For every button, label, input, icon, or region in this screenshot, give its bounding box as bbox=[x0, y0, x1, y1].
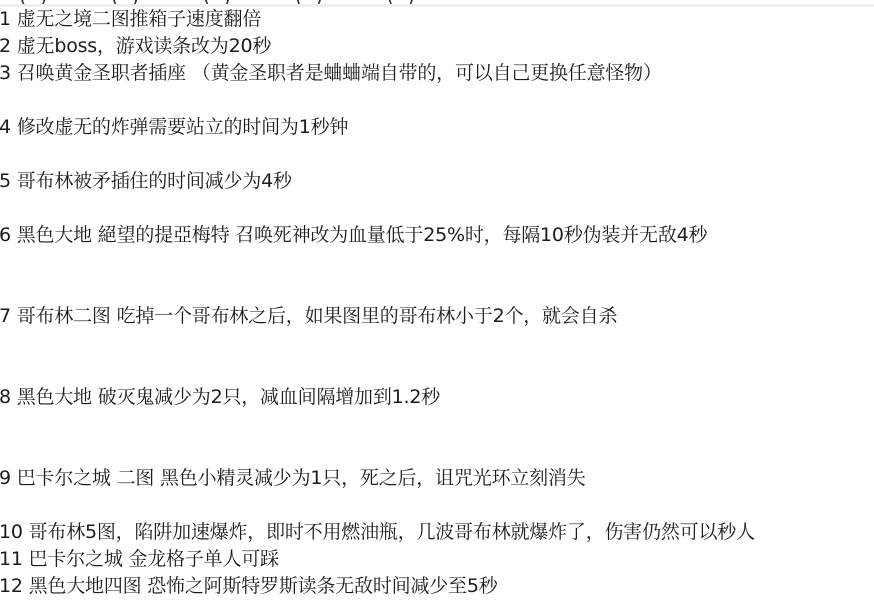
list-item-4: 4 修改虚无的炸弹需要站立的时间为1秒钟 bbox=[0, 115, 348, 139]
list-item-10: 10 哥布林5图，陷阱加速爆炸，即时不用燃油瓶，几波哥布林就爆炸了，伤害仍然可以… bbox=[0, 520, 755, 544]
list-item-1: 1 虚无之境二图推箱子速度翻倍 bbox=[0, 7, 261, 31]
list-item-2: 2 虚无boss，游戏读条改为20秒 bbox=[0, 34, 271, 58]
list-item-8: 8 黑色大地 破灭鬼减少为2只，减血间隔增加到1.2秒 bbox=[0, 385, 440, 409]
list-item-3: 3 召唤黄金圣职者插座 （黄金圣职者是蛐蛐端自带的，可以自己更换任意怪物） bbox=[0, 61, 662, 85]
list-item-5: 5 哥布林被矛插住的时间减少为4秒 bbox=[0, 169, 292, 193]
list-item-12: 12 黑色大地四图 恐怖之阿斯特罗斯读条无敌时间减少至5秒 bbox=[0, 574, 498, 598]
list-item-6: 6 黑色大地 絕望的提亞梅特 召唤死神改为血量低于25%时，每隔10秒伪装并无敌… bbox=[0, 223, 707, 247]
list-item-9: 9 巴卡尔之城 二图 黑色小精灵减少为1只，死之后，诅咒光环立刻消失 bbox=[0, 466, 586, 490]
list-item-7: 7 哥布林二图 吃掉一个哥布林之后，如果图里的哥布林小于2个，就会自杀 bbox=[0, 304, 617, 328]
list-item-11: 11 巴卡尔之城 金龙格子单人可踩 bbox=[0, 547, 279, 571]
